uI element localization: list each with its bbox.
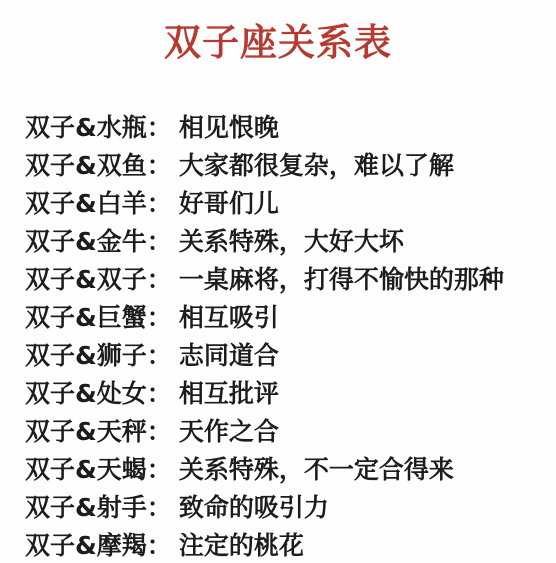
relation-desc: 相互批评 — [179, 379, 279, 408]
relationship-table-page: 双子座关系表 双子&水瓶：相见恨晚 双子&双鱼：大家都很复杂，难以了解 双子&白… — [0, 0, 556, 563]
relation-desc: 致命的吸引力 — [179, 493, 329, 522]
relation-row-pisces: 双子&双鱼：大家都很复杂，难以了解 — [25, 147, 546, 185]
page-title: 双子座关系表 — [0, 0, 556, 63]
pair-label: 双子&水瓶： — [25, 113, 172, 142]
relation-row-cancer: 双子&巨蟹：相互吸引 — [25, 299, 546, 337]
pair-label: 双子&射手： — [25, 493, 172, 522]
relation-desc: 相互吸引 — [179, 303, 279, 332]
relation-row-taurus: 双子&金牛：关系特殊，大好大坏 — [25, 223, 546, 261]
relation-desc: 关系特殊，不一定合得来 — [179, 455, 454, 484]
relation-desc: 关系特殊，大好大坏 — [179, 227, 404, 256]
pair-label: 双子&狮子： — [25, 341, 172, 370]
relation-row-virgo: 双子&处女：相互批评 — [25, 375, 546, 413]
relation-row-scorpio: 双子&天蝎：关系特殊，不一定合得来 — [25, 451, 546, 489]
relation-desc: 大家都很复杂，难以了解 — [179, 151, 454, 180]
relation-row-aquarius: 双子&水瓶：相见恨晚 — [25, 109, 546, 147]
relation-desc: 志同道合 — [179, 341, 279, 370]
relation-desc: 注定的桃花 — [179, 531, 304, 560]
relation-row-gemini: 双子&双子：一桌麻将，打得不愉快的那种 — [25, 261, 546, 299]
relation-desc: 好哥们儿 — [179, 189, 279, 218]
pair-label: 双子&摩羯： — [25, 531, 172, 560]
relation-desc: 天作之合 — [179, 417, 279, 446]
relation-row-leo: 双子&狮子：志同道合 — [25, 337, 546, 375]
relation-row-sagittarius: 双子&射手：致命的吸引力 — [25, 489, 546, 527]
pair-label: 双子&双子： — [25, 265, 172, 294]
pair-label: 双子&双鱼： — [25, 151, 172, 180]
pair-label: 双子&巨蟹： — [25, 303, 172, 332]
pair-label: 双子&白羊： — [25, 189, 172, 218]
pair-label: 双子&金牛： — [25, 227, 172, 256]
relation-list: 双子&水瓶：相见恨晚 双子&双鱼：大家都很复杂，难以了解 双子&白羊：好哥们儿 … — [0, 109, 556, 563]
pair-label: 双子&天秤： — [25, 417, 172, 446]
pair-label: 双子&天蝎： — [25, 455, 172, 484]
relation-desc: 相见恨晚 — [179, 113, 279, 142]
relation-row-capricorn: 双子&摩羯：注定的桃花 — [25, 527, 546, 563]
relation-row-libra: 双子&天秤：天作之合 — [25, 413, 546, 451]
pair-label: 双子&处女： — [25, 379, 172, 408]
relation-row-aries: 双子&白羊：好哥们儿 — [25, 185, 546, 223]
relation-desc: 一桌麻将，打得不愉快的那种 — [179, 265, 504, 294]
